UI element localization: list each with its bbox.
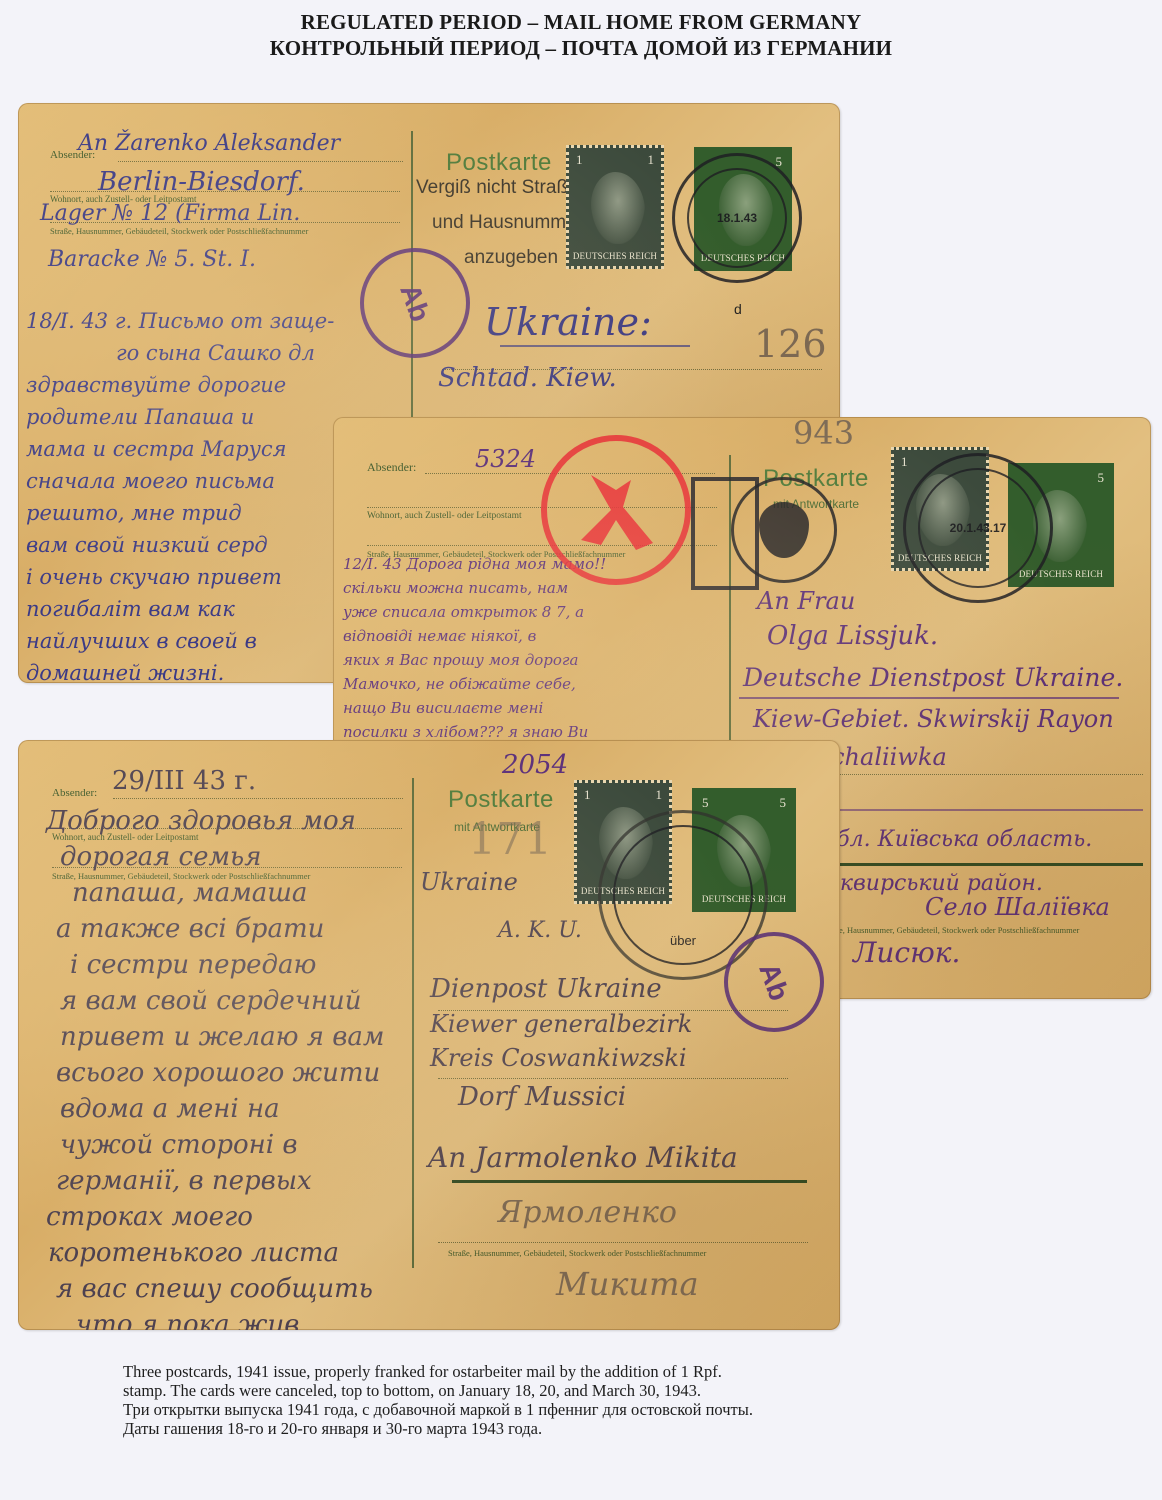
address-line: A. K. U. <box>498 920 582 942</box>
message-line: нащо Ви висилаєте мені <box>343 701 543 716</box>
page-title-english: REGULATED PERIOD – MAIL HOME FROM GERMAN… <box>0 10 1162 35</box>
message-line: скільки можна писать, нам <box>343 581 568 596</box>
address-line <box>438 1078 788 1079</box>
message-line: решито, мне трид <box>26 503 242 524</box>
address-line <box>113 798 403 799</box>
postcard-bottom: Absender: Wohnort, auch Zustell- oder Le… <box>18 740 840 1330</box>
sender-line: Lager № 12 (Firma Lin. <box>40 203 300 225</box>
address-line <box>118 161 403 162</box>
message-line: чужой стороні в <box>60 1132 297 1158</box>
message-line: папаша, мамаша <box>72 880 307 906</box>
sender-date: 29/III 43 г. <box>112 768 256 794</box>
stamp-1-pfennig: 11 DEUTSCHES REICH <box>566 145 664 269</box>
message-line: яких я Вас прошу моя дорога <box>343 653 578 668</box>
postmark-letter: d <box>734 301 742 317</box>
message-line: погибаліт вам как <box>26 599 235 620</box>
address-line: Село Шаліївка <box>925 895 1110 919</box>
underline <box>500 345 690 347</box>
sender-number: 5324 <box>475 447 536 471</box>
message-line: Доброго здоровья моя <box>46 808 356 834</box>
message-line: посилки з хлібом??? я знаю Ви <box>343 725 588 740</box>
pencil-number: 943 <box>793 417 854 449</box>
shield-icon <box>759 502 809 558</box>
caption-ru-line: Даты гашения 18-го и 20-го января и 30-г… <box>123 1419 1043 1438</box>
stamp-value: 1 <box>584 787 591 803</box>
censor-text: Ab <box>753 959 796 1005</box>
sender-line: Baracke № 5. St. I. <box>48 249 256 271</box>
slogan-cancel: anzugeben <box>464 247 558 269</box>
stamp-value: 5 <box>702 795 709 811</box>
censor-mark: Ab <box>360 248 470 358</box>
censor-mark: Ab <box>724 932 824 1032</box>
message-line: что я пока жив <box>76 1312 299 1330</box>
address-rule <box>813 863 1143 866</box>
pencil-note: 126 <box>754 325 827 363</box>
address-line: Kiewer generalbezirk <box>430 1012 692 1036</box>
address-line: Сквирський район. <box>823 873 1043 895</box>
address-line: Olga Lissjuk. <box>767 623 938 649</box>
caption-en-line: stamp. The cards were canceled, top to b… <box>123 1381 1043 1400</box>
absender-label: Absender: <box>52 787 97 799</box>
address-line: Kiew-Gebiet. Skwirskij Rayon <box>753 707 1114 731</box>
absender-label: Absender: <box>367 460 416 475</box>
censor-text: Ab <box>394 280 437 326</box>
page-title-russian: КОНТРОЛЬНЫЙ ПЕРИОД – ПОЧТА ДОМОЙ ИЗ ГЕРМ… <box>0 36 1162 61</box>
address-rule <box>452 1180 807 1183</box>
postkarte-heading: Postkarte <box>448 786 554 814</box>
portrait-icon <box>591 172 645 244</box>
address-line: Ukraine <box>420 870 518 894</box>
address-line: Лисюк. <box>853 939 960 967</box>
message-line: вам свой низкий серд <box>26 535 268 556</box>
postmark-date: 18.1.43 <box>717 211 757 225</box>
pencil-name: Микита <box>556 1268 699 1300</box>
message-line: германії, в первых <box>56 1168 312 1194</box>
message-line: а также всі брати <box>56 916 324 942</box>
address-line: Kreis Coswankiwzski <box>430 1046 687 1070</box>
serial-number: 2054 <box>502 752 568 778</box>
stamp-value: 5 <box>1098 470 1105 486</box>
postmark-berlin: 18.1.43 <box>672 153 802 283</box>
message-line: коротенького листа <box>48 1240 339 1266</box>
address-line: Deutsche Dienstpost Ukraine. <box>743 665 1123 690</box>
strasse-label: Straße, Hausnummer, Gebäudeteil, Stockwe… <box>821 925 1079 935</box>
eagle-icon <box>561 455 671 565</box>
message-line: всього хорошого жити <box>56 1060 380 1086</box>
message-line: сначала моего письма <box>26 471 275 492</box>
message-line: вдома а мені на <box>60 1096 280 1122</box>
wohnort-label: Wohnort, auch Zustell- oder Leitpostamt <box>367 511 522 521</box>
stamp-value: 1 <box>576 152 583 168</box>
postmark-via: über <box>670 933 696 948</box>
message-line: уже списала открыток 8 7, а <box>343 605 584 620</box>
slogan-cancel: Vergiß nicht Straße <box>416 177 579 199</box>
censor-eagle-mark <box>541 435 691 585</box>
stamp-value: 1 <box>901 454 908 470</box>
message-line: мама и сестра Маруся <box>26 439 287 460</box>
pencil-note: 171 <box>468 818 552 862</box>
message-line: Мамочко, не обіжайте себе, <box>343 677 576 692</box>
caption-ru-line: Три открытки выпуска 1941 года, с добаво… <box>123 1400 1043 1419</box>
postkarte-heading: Postkarte <box>446 149 552 177</box>
address-line: An Jarmolenko Mikita <box>428 1144 738 1172</box>
sender-line: An Žarenko Aleksander <box>78 133 340 155</box>
message-line: і очень скучаю привет <box>26 567 282 588</box>
card-divider <box>412 778 414 1268</box>
message-line: я вам свой сердечний <box>60 988 362 1014</box>
postmark-nuernberg: 20.1.43.17 <box>903 453 1053 603</box>
vignette-cancel <box>731 477 837 583</box>
address-line: Dienpost Ukraine <box>430 976 662 1002</box>
slogan-cancel: und Hausnummer <box>432 212 583 234</box>
message-line: привет и желаю я вам <box>60 1024 384 1050</box>
message-line: відповіді немає ніякої, в <box>343 629 536 644</box>
address-line: Ukraine: <box>484 303 652 341</box>
pencil-name: Ярмоленко <box>498 1198 677 1228</box>
message-line: домашней жизні. <box>26 663 224 683</box>
stamp-country: DEUTSCHES REICH <box>569 251 661 266</box>
caption-en-line: Three postcards, 1941 issue, properly fr… <box>123 1362 1043 1381</box>
strasse-label: Straße, Hausnummer, Gebäudeteil, Stockwe… <box>448 1248 706 1258</box>
underline <box>739 697 1119 699</box>
address-line <box>438 1242 808 1243</box>
strasse-label: Straße, Hausnummer, Gebäudeteil, Stockwe… <box>50 226 308 236</box>
description-caption: Three postcards, 1941 issue, properly fr… <box>123 1362 1043 1438</box>
message-line: і сестри передаю <box>70 952 316 978</box>
message-line: родители Папаша и <box>26 407 254 428</box>
message-line: я вас спешу сообщить <box>56 1276 373 1302</box>
address-line: Schtad. Kiew. <box>438 365 617 391</box>
message-line: найлучших в своей в <box>26 631 257 652</box>
message-line: строках моего <box>46 1204 253 1230</box>
stamp-value: 1 <box>656 787 663 803</box>
message-line: го сына Сашко дл <box>116 343 315 364</box>
address-line: An Frau <box>757 589 855 613</box>
stamp-value: 1 <box>648 152 655 168</box>
message-line: здравствуйте дорогие <box>26 375 286 396</box>
message-line: 18/I. 43 г. Письмо от заще- <box>26 311 334 332</box>
address-line: обл. Київська область. <box>823 829 1092 851</box>
postmark-date: 20.1.43.17 <box>950 521 1007 535</box>
sender-line: Berlin-Biesdorf. <box>98 169 305 195</box>
message-line: дорогая семья <box>60 844 261 870</box>
stamp-value: 5 <box>780 795 787 811</box>
address-line: Dorf Mussici <box>458 1084 626 1110</box>
underline <box>813 809 1143 811</box>
